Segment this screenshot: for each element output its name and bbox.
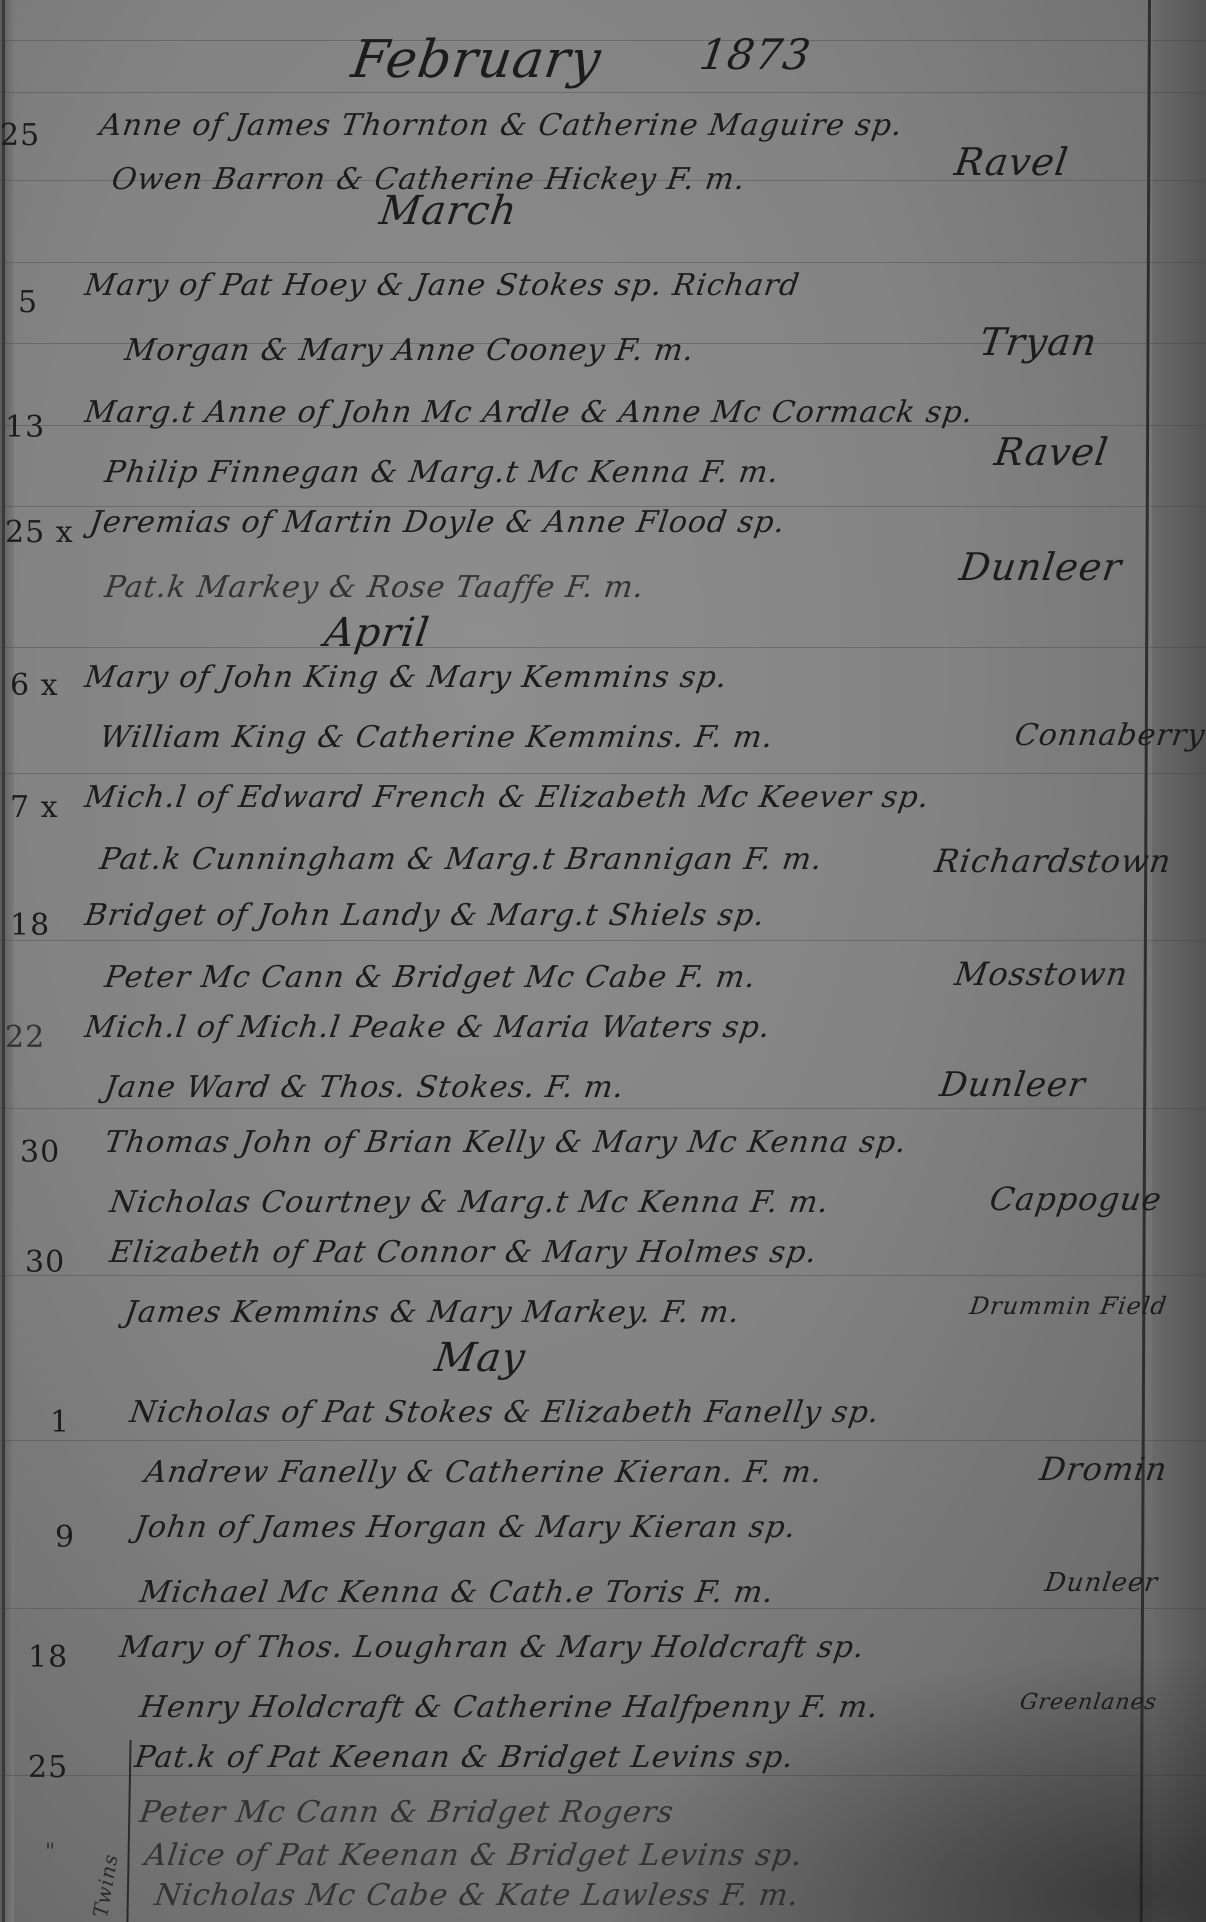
entry-line-2: James Kemmins & Mary Markey. F. m.	[123, 1295, 743, 1330]
entry-day: 30	[25, 1245, 65, 1280]
entry-place: Ravel	[952, 140, 1071, 184]
entry-place: Dunleer	[937, 1065, 1088, 1105]
ruled-line	[0, 1440, 1206, 1441]
entry-line-2: Philip Finnegan & Marg.t Mc Kenna F. m.	[103, 455, 782, 490]
entry-day: 13	[5, 410, 45, 445]
entry-line-2: Peter Mc Cann & Bridget Mc Cabe F. m.	[103, 960, 759, 995]
entry-place: Richardstown	[932, 842, 1174, 880]
section-month: March	[377, 188, 521, 234]
entry-line-2: Andrew Fanelly & Catherine Kieran. F. m.	[143, 1455, 825, 1490]
section-month: April	[322, 610, 433, 656]
ruled-line	[0, 92, 1206, 93]
entry-place: Dromin	[1037, 1450, 1170, 1488]
left-margin-rule	[2, 0, 5, 1922]
entry-line-1: Mary of John King & Mary Kemmins sp.	[83, 660, 730, 695]
entry-place: Greenlanes	[1018, 1690, 1158, 1715]
entry-line-2: Nicholas Courtney & Marg.t Mc Kenna F. m…	[108, 1185, 832, 1220]
entry-line-2: Pat.k Markey & Rose Taaffe F. m.	[103, 570, 647, 605]
entry-day: 18	[10, 908, 50, 943]
entry-line-2: Peter Mc Cann & Bridget Rogers	[138, 1795, 677, 1830]
entry-line-2: Pat.k Cunningham & Marg.t Brannigan F. m…	[98, 842, 825, 877]
ruled-line	[0, 1108, 1206, 1109]
entry-line-1: John of James Horgan & Mary Kieran sp.	[133, 1510, 799, 1545]
entry-line-2: William King & Catherine Kemmins. F. m.	[98, 720, 776, 755]
entry-line-1: Bridget of John Landy & Marg.t Shiels sp…	[83, 898, 768, 933]
entry-day: 22	[5, 1020, 45, 1055]
entry-day: 25	[0, 118, 40, 153]
entry-line-1: Anne of James Thornton & Catherine Magui…	[98, 108, 906, 143]
ruled-line	[0, 940, 1206, 941]
entry-day: 1	[50, 1405, 70, 1440]
entry-day: 30	[20, 1135, 60, 1170]
entry-day-ditto: "	[45, 1840, 56, 1865]
entry-day: 25	[28, 1750, 68, 1785]
right-margin-rule	[1140, 0, 1151, 1922]
page-right-edge	[1152, 0, 1206, 1922]
entry-place: Dunleer	[1043, 1568, 1160, 1598]
entry-place: Tryan	[977, 320, 1100, 364]
entry-line-2: Morgan & Mary Anne Cooney F. m.	[123, 333, 697, 368]
margin-note-twins: Twins	[88, 1852, 123, 1919]
entry-day: 6 x	[10, 668, 59, 703]
entry-line-1: Thomas John of Brian Kelly & Mary Mc Ken…	[103, 1125, 910, 1160]
twins-bracket	[126, 1740, 131, 1922]
entry-place: Drummin Field	[968, 1292, 1169, 1320]
entry-line-2: Michael Mc Kenna & Cath.e Toris F. m.	[138, 1575, 777, 1610]
entry-day: 7 x	[10, 790, 59, 825]
entry-day: 18	[28, 1640, 68, 1675]
entry-line-1: Nicholas of Pat Stokes & Elizabeth Fanel…	[128, 1395, 882, 1430]
ruled-line	[0, 647, 1206, 648]
ruled-line	[0, 773, 1206, 774]
entry-line-1: Mich.l of Edward French & Elizabeth Mc K…	[83, 780, 932, 815]
entry-place: Ravel	[992, 430, 1111, 474]
entry-place: Cappogue	[987, 1180, 1164, 1218]
entry-place: Connaberry	[1013, 718, 1206, 753]
entry-place: Dunleer	[957, 545, 1125, 589]
ruled-line	[0, 1275, 1206, 1276]
entry-day: 9	[55, 1520, 75, 1555]
entry-line-1: Jeremias of Martin Doyle & Anne Flood sp…	[88, 505, 788, 540]
entry-line-2: Jane Ward & Thos. Stokes. F. m.	[103, 1070, 627, 1105]
entry-line-2: Henry Holdcraft & Catherine Halfpenny F.…	[138, 1690, 882, 1725]
heading-year: 1873	[697, 30, 815, 79]
entry-line-2: Nicholas Mc Cabe & Kate Lawless F. m.	[153, 1878, 802, 1913]
ruled-line	[0, 262, 1206, 263]
entry-line-1: Pat.k of Pat Keenan & Bridget Levins sp.	[133, 1740, 797, 1775]
section-month: May	[432, 1335, 529, 1381]
entry-line-1: Alice of Pat Keenan & Bridget Levins sp.	[143, 1838, 806, 1873]
entry-day: 25 x	[5, 515, 74, 550]
entry-day: 5	[18, 285, 38, 320]
entry-place: Mosstown	[952, 955, 1130, 993]
entry-line-1: Elizabeth of Pat Connor & Mary Holmes sp…	[108, 1235, 820, 1270]
entry-line-1: Mary of Pat Hoey & Jane Stokes sp. Richa…	[83, 268, 803, 303]
heading-month: February	[348, 30, 605, 90]
entry-line-1: Mich.l of Mich.l Peake & Maria Waters sp…	[83, 1010, 773, 1045]
entry-line-1: Mary of Thos. Loughran & Mary Holdcraft …	[118, 1630, 867, 1665]
ruled-line	[0, 1775, 1206, 1776]
register-page: February 1873 25 Anne of James Thornton …	[0, 0, 1206, 1922]
entry-line-1: Marg.t Anne of John Mc Ardle & Anne Mc C…	[83, 395, 976, 430]
